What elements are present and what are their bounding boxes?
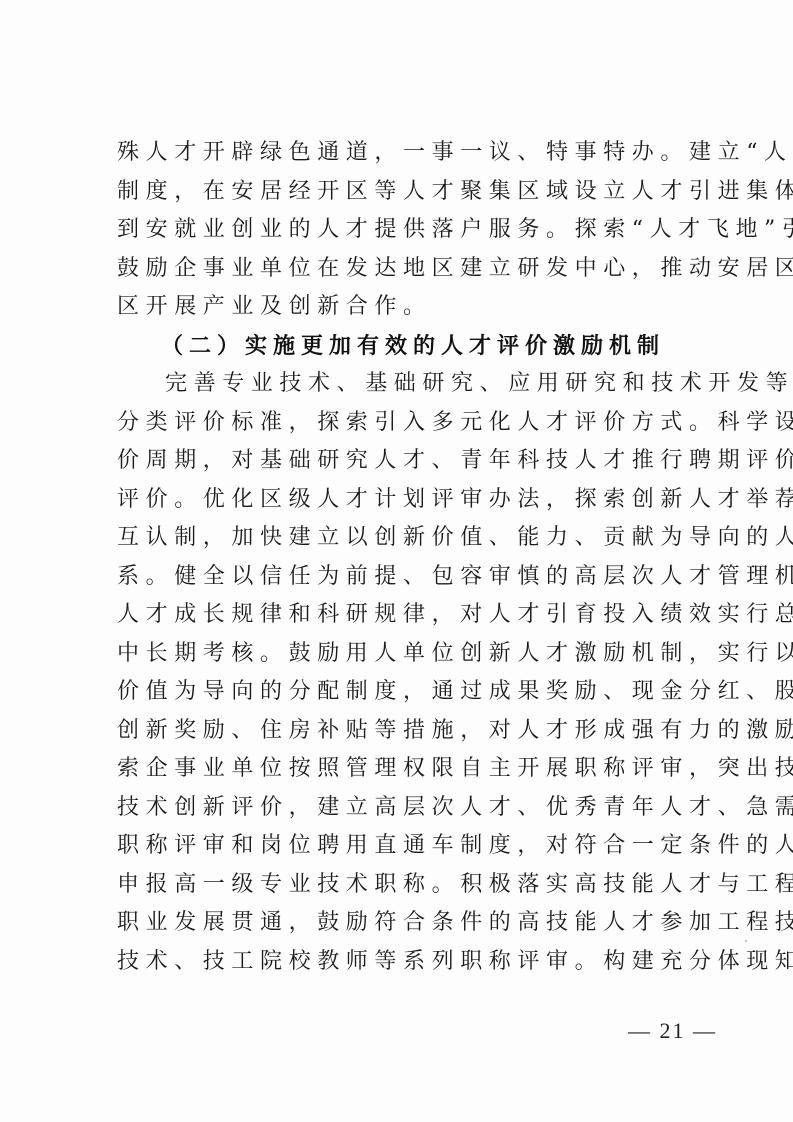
- paragraph-line: 到安就业创业的人才提供落户服务。探索“人才飞地”引才模式，: [117, 211, 707, 250]
- paragraph-line: 完善专业技术、基础研究、应用研究和技术开发等领域人才: [117, 365, 707, 404]
- paragraph-line: 鼓励企事业单位在发达地区建立研发中心，推动安居区与发达地: [117, 250, 707, 289]
- paragraph-line: 互认制，加快建立以创新价值、能力、贡献为导向的人才评价体: [117, 519, 707, 558]
- paragraph-line: 分类评价标准，探索引入多元化人才评价方式。科学设置人才评: [117, 404, 707, 443]
- paragraph-line: 价周期，对基础研究人才、青年科技人才推行聘期评价、长周期: [117, 442, 707, 481]
- body-text: 殊人才开辟绿色通道，一事一议、特事特办。建立“人才驿站” 制度，在安居经开区等人…: [117, 134, 707, 981]
- paragraph-line: 价值为导向的分配制度，通过成果奖励、现金分红、股权、产业: [117, 673, 707, 712]
- paragraph-line: 系。健全以信任为前提、包容审慎的高层次人才管理机制，遵循: [117, 558, 707, 597]
- paragraph-line: 中长期考核。鼓励用人单位创新人才激励机制，实行以增加知识: [117, 635, 707, 674]
- paragraph-line: 区开展产业及创新合作。: [117, 288, 707, 327]
- paragraph-line: 技术创新评价，建立高层次人才、优秀青年人才、急需紧缺人才: [117, 789, 707, 828]
- document-page: 殊人才开辟绿色通道，一事一议、特事特办。建立“人才驿站” 制度，在安居经开区等人…: [0, 0, 793, 1122]
- paragraph-line: 评价。优化区级人才计划评审办法，探索创新人才举荐制和人才: [117, 481, 707, 520]
- page-number: — 21 —: [628, 1018, 717, 1044]
- paragraph-line: 职业发展贯通，鼓励符合条件的高技能人才参加工程技术、实验: [117, 904, 707, 943]
- section-heading: （二）实施更加有效的人才评价激励机制: [117, 327, 707, 366]
- paragraph-line: 申报高一级专业技术职称。积极落实高技能人才与工程技术人才: [117, 866, 707, 905]
- paragraph-line: 制度，在安居经开区等人才聚集区域设立人才引进集体户，为愿: [117, 173, 707, 212]
- paragraph-line: 人才成长规律和科研规律，对人才引育投入绩效实行总体考核、: [117, 596, 707, 635]
- paragraph-line: 技术、技工院校教师等系列职称评审。构建充分体现知识、技术: [117, 943, 707, 982]
- paragraph-line: 职称评审和岗位聘用直通车制度，对符合一定条件的人才可直接: [117, 827, 707, 866]
- scan-artifact: [692, 233, 694, 235]
- scan-artifact: [745, 940, 747, 942]
- paragraph-line: 殊人才开辟绿色通道，一事一议、特事特办。建立“人才驿站”: [117, 134, 707, 173]
- paragraph-line: 创新奖励、住房补贴等措施，对人才形成强有力的激励组合。探: [117, 712, 707, 751]
- paragraph-line: 索企事业单位按照管理权限自主开展职称评审，突出技能水平、: [117, 750, 707, 789]
